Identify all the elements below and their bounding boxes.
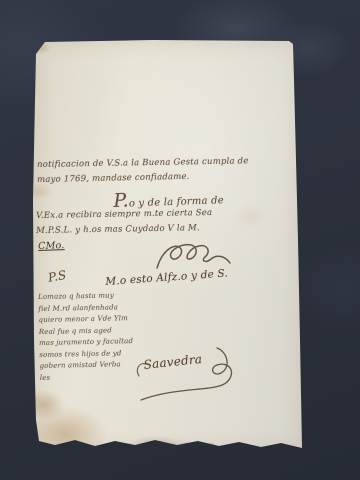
postscript-mark: P.S	[47, 268, 67, 285]
document-photo: notificacion de V.S.a la Buena Gesta cum…	[0, 0, 360, 480]
handwriting-line-4: V.Ex.a recibira siempre m.te cierta Sea	[36, 208, 212, 221]
handwriting-line-5: M.P.S.L. y h.os mas Cuydado V la M.	[36, 223, 200, 236]
handwriting-line-2: mayo 1769, mandase confiadame.	[37, 172, 190, 185]
signature-flourish	[131, 342, 249, 404]
manuscript-page: notificacion de V.S.a la Buena Gesta cum…	[33, 40, 303, 450]
handwriting-line-1: notificacion de V.S.a la Buena Gesta cum…	[37, 156, 249, 170]
closing-mark: CMo.	[38, 240, 65, 252]
